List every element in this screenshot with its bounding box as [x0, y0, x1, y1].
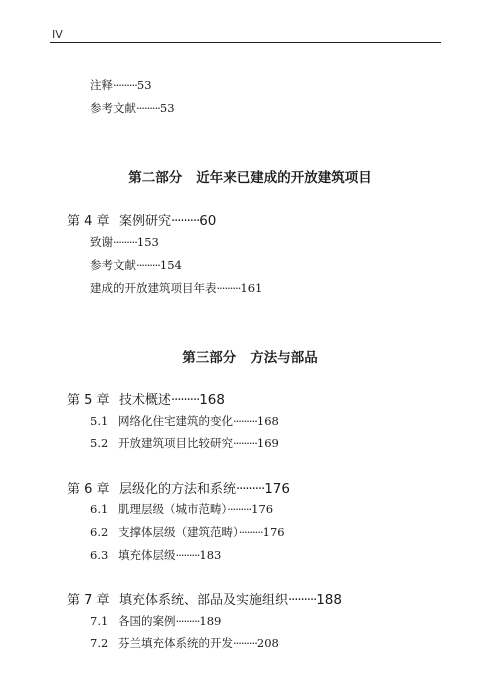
entry-page: 53 [160, 101, 175, 115]
entry-title: 建成的开放建筑项目年表 [90, 281, 217, 295]
entry-title: 注释 [90, 78, 113, 92]
chapter-page: 168 [199, 392, 225, 408]
toc-entry-references[interactable]: 参考文献·········154 [90, 257, 182, 273]
toc-entry-chronology[interactable]: 建成的开放建筑项目年表·········161 [90, 280, 262, 296]
leader-dots: ········· [176, 614, 200, 628]
part-title: 近年来已建成的开放建筑项目 [196, 170, 372, 186]
part-heading-2: 第二部分近年来已建成的开放建筑项目 [0, 166, 500, 186]
toc-chapter-4[interactable]: 第 4 章案例研究·········60 [67, 210, 216, 229]
entry-title: 参考文献 [90, 101, 136, 115]
section-number: 5.2 [90, 436, 118, 450]
part-label: 第三部分 [182, 350, 236, 366]
chapter-label: 第 6 章 [67, 478, 119, 497]
toc-chapter-5[interactable]: 第 5 章技术概述·········168 [67, 389, 225, 408]
chapter-label: 第 4 章 [67, 210, 119, 229]
chapter-label: 第 7 章 [67, 589, 119, 608]
section-number: 7.1 [90, 614, 118, 628]
leader-dots: ········· [288, 593, 316, 608]
leader-dots: ········· [233, 436, 257, 450]
toc-entry-acknowledgements[interactable]: 致谢·········153 [90, 234, 159, 250]
page-number: IV [52, 28, 63, 41]
toc-section-5-1[interactable]: 5.1网络化住宅建筑的变化·········168 [90, 413, 279, 429]
section-title: 肌理层级（城市范畴） [118, 502, 227, 516]
section-page: 176 [251, 502, 273, 516]
chapter-title: 技术概述 [119, 393, 171, 408]
leader-dots: ········· [227, 502, 251, 516]
chapter-title: 案例研究 [119, 214, 171, 229]
part-heading-3: 第三部分方法与部品 [0, 346, 500, 366]
toc-section-5-2[interactable]: 5.2开放建筑项目比较研究·········169 [90, 435, 279, 451]
leader-dots: ········· [239, 525, 263, 539]
entry-page: 161 [240, 281, 262, 295]
leader-dots: ········· [136, 258, 160, 272]
chapter-label: 第 5 章 [67, 389, 119, 408]
leader-dots: ········· [113, 235, 137, 249]
leader-dots: ········· [233, 636, 257, 650]
leader-dots: ········· [176, 548, 200, 562]
chapter-page: 188 [316, 592, 342, 608]
toc-section-6-1[interactable]: 6.1肌理层级（城市范畴）·········176 [90, 501, 273, 517]
toc-entry-notes[interactable]: 注释·········53 [90, 77, 152, 93]
leader-dots: ········· [136, 101, 160, 115]
entry-page: 53 [137, 78, 152, 92]
section-title: 芬兰填充体系统的开发 [118, 636, 233, 650]
leader-dots: ········· [236, 482, 264, 497]
section-page: 208 [257, 636, 279, 650]
section-number: 6.2 [90, 525, 118, 539]
chapter-page: 176 [264, 481, 290, 497]
leader-dots: ········· [113, 78, 137, 92]
section-number: 6.1 [90, 502, 118, 516]
section-page: 189 [199, 614, 221, 628]
toc-section-7-1[interactable]: 7.1各国的案例·········189 [90, 613, 221, 629]
entry-page: 154 [160, 258, 182, 272]
toc-section-7-2[interactable]: 7.2芬兰填充体系统的开发·········208 [90, 635, 279, 651]
entry-title: 致谢 [90, 235, 113, 249]
chapter-page: 60 [199, 213, 216, 229]
entry-title: 参考文献 [90, 258, 136, 272]
toc-chapter-6[interactable]: 第 6 章层级化的方法和系统·········176 [67, 478, 290, 497]
section-title: 填充体层级 [118, 548, 176, 562]
leader-dots: ········· [171, 214, 199, 229]
section-page: 176 [263, 525, 285, 539]
section-page: 183 [199, 548, 221, 562]
entry-page: 153 [137, 235, 159, 249]
section-number: 6.3 [90, 548, 118, 562]
section-page: 168 [257, 414, 279, 428]
toc-section-6-3[interactable]: 6.3填充体层级·········183 [90, 547, 221, 563]
section-title: 开放建筑项目比较研究 [118, 436, 233, 450]
section-page: 169 [257, 436, 279, 450]
section-number: 5.1 [90, 414, 118, 428]
leader-dots: ········· [171, 393, 199, 408]
chapter-title: 层级化的方法和系统 [119, 482, 236, 497]
part-label: 第二部分 [128, 170, 182, 186]
part-title: 方法与部品 [250, 350, 318, 366]
chapter-title: 填充体系统、部品及实施组织 [119, 593, 288, 608]
section-title: 各国的案例 [118, 614, 176, 628]
header-rule [50, 42, 441, 43]
toc-chapter-7[interactable]: 第 7 章填充体系统、部品及实施组织·········188 [67, 589, 342, 608]
section-title: 网络化住宅建筑的变化 [118, 414, 233, 428]
section-title: 支撑体层级（建筑范畴） [118, 525, 239, 539]
toc-section-6-2[interactable]: 6.2支撑体层级（建筑范畴）·········176 [90, 524, 285, 540]
toc-entry-references[interactable]: 参考文献·········53 [90, 100, 175, 116]
section-number: 7.2 [90, 636, 118, 650]
leader-dots: ········· [217, 281, 241, 295]
leader-dots: ········· [233, 414, 257, 428]
